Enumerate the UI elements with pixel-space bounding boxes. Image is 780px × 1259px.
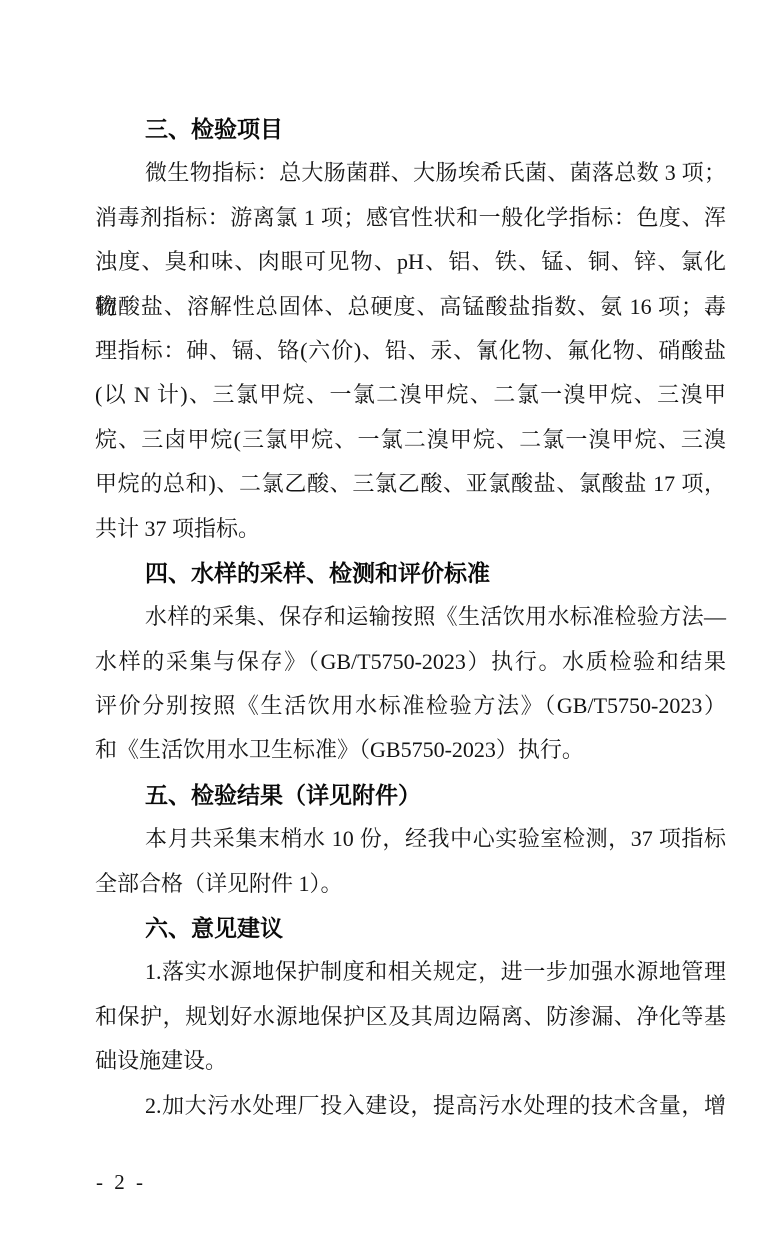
document-body: 三、检验项目 微生物指标：总大肠菌群、大肠埃希氏菌、菌落总数 3 项； 消毒剂指…	[95, 107, 726, 1128]
body-line: 水样的采集与保存》（GB/T5750-2023）执行。水质检验和结果	[95, 640, 726, 684]
body-line: 2.加大污水处理厂投入建设，提高污水处理的技术含量，增	[95, 1084, 726, 1128]
body-line: 理指标：砷、镉、铬(六价)、铅、汞、氰化物、氟化物、硝酸盐	[95, 329, 726, 373]
document-page: 三、检验项目 微生物指标：总大肠菌群、大肠埃希氏菌、菌落总数 3 项； 消毒剂指…	[0, 0, 780, 1259]
body-line: 水样的采集、保存和运输按照《生活饮用水标准检验方法—	[95, 595, 726, 639]
body-line: 甲烷的总和)、二氯乙酸、三氯乙酸、亚氯酸盐、氯酸盐 17 项，	[95, 462, 726, 506]
body-line: 共计 37 项指标。	[95, 507, 726, 551]
body-line: 本月共采集末梢水 10 份，经我中心实验室检测，37 项指标	[95, 817, 726, 861]
body-line: 消毒剂指标：游离氯 1 项；感官性状和一般化学指标：色度、浑	[95, 196, 726, 240]
section-4-heading: 四、水样的采样、检测和评价标准	[95, 551, 726, 595]
section-5-heading: 五、检验结果（详见附件）	[95, 773, 726, 817]
body-line: 和《生活饮用水卫生标准》（GB5750-2023）执行。	[95, 728, 726, 772]
body-line: 硫酸盐、溶解性总固体、总硬度、高锰酸盐指数、氨 16 项；毒	[95, 285, 726, 329]
page-number: - 2 -	[96, 1170, 146, 1195]
body-line: 浊度、臭和味、肉眼可见物、pH、铝、铁、锰、铜、锌、氯化物、	[95, 240, 726, 284]
body-line: 和保护，规划好水源地保护区及其周边隔离、防渗漏、净化等基	[95, 995, 726, 1039]
body-line: 微生物指标：总大肠菌群、大肠埃希氏菌、菌落总数 3 项；	[95, 151, 726, 195]
body-line: 评价分别按照《生活饮用水标准检验方法》（GB/T5750-2023）	[95, 684, 726, 728]
body-line: 烷、三卤甲烷(三氯甲烷、一氯二溴甲烷、二氯一溴甲烷、三溴	[95, 418, 726, 462]
body-line: 全部合格（详见附件 1）。	[95, 862, 726, 906]
section-6-heading: 六、意见建议	[95, 906, 726, 950]
body-line: (以 N 计)、三氯甲烷、一氯二溴甲烷、二氯一溴甲烷、三溴甲	[95, 373, 726, 417]
body-line: 1.落实水源地保护制度和相关规定，进一步加强水源地管理	[95, 950, 726, 994]
section-3-heading: 三、检验项目	[95, 107, 726, 151]
body-line: 础设施建设。	[95, 1039, 726, 1083]
